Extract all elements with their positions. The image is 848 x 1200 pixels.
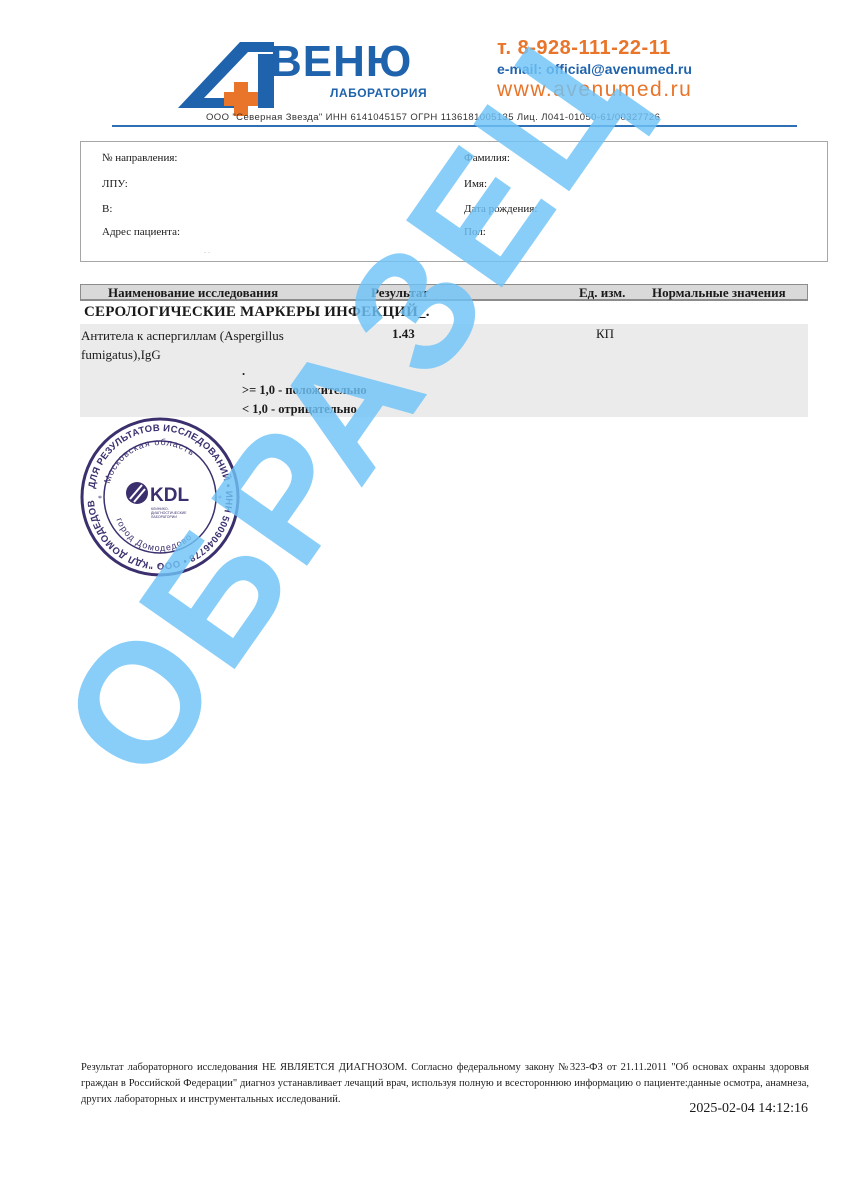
- patient-info-box: № направления: ЛПУ: В: Адрес пациента: Ф…: [80, 141, 828, 262]
- sex-label: Пол:: [464, 226, 486, 238]
- header-unit: Ед. изм.: [579, 285, 625, 300]
- reference-values: . >= 1,0 - положительно < 1,0 - отрицате…: [242, 362, 367, 419]
- reference-line: < 1,0 - отрицательно: [242, 400, 367, 419]
- test-name: Антитела к аспергиллам (Aspergillus fumi…: [81, 326, 311, 364]
- email: e-mail: official@avenumed.ru: [497, 60, 692, 78]
- lab-stamp: ДЛЯ РЕЗУЛЬТАТОВ ИССЛЕДОВАНИЙ • ИНН 50090…: [78, 417, 242, 577]
- company-details: ООО "Северная Звезда" ИНН 6141045157 ОГР…: [206, 112, 660, 123]
- referral-number-label: № направления:: [102, 152, 177, 164]
- svg-text:*: *: [157, 562, 161, 571]
- brand-subtitle: ЛАБОРАТОРИЯ: [330, 86, 427, 100]
- svg-text:KDL: KDL: [150, 485, 189, 506]
- age-label: В:: [102, 203, 112, 215]
- header-divider: [112, 125, 797, 127]
- letterhead: ВЕНЮ ЛАБОРАТОРИЯ т. 8-928-111-22-11 e-ma…: [110, 28, 810, 130]
- test-result: 1.43: [392, 326, 415, 342]
- surname-label: Фамилия:: [464, 152, 510, 164]
- patient-address-label: Адрес пациента:: [102, 226, 180, 238]
- section-title: СЕРОЛОГИЧЕСКИЕ МАРКЕРЫ ИНФЕКЦИЙ_.: [84, 304, 430, 321]
- header-normal-values: Нормальные значения: [652, 285, 786, 300]
- stamp-seal-icon: ДЛЯ РЕЗУЛЬТАТОВ ИССЛЕДОВАНИЙ • ИНН 50090…: [78, 417, 242, 577]
- test-unit: КП: [596, 326, 614, 342]
- address-placeholder-dots: . .: [204, 246, 210, 255]
- clinic-label: ЛПУ:: [102, 178, 128, 190]
- svg-text:*: *: [98, 494, 102, 503]
- header-test-name: Наименование исследования: [108, 285, 278, 300]
- brand-name: ВЕНЮ: [270, 36, 412, 88]
- svg-text:ЛАБОРАТОРИИ: ЛАБОРАТОРИИ: [151, 515, 177, 519]
- print-timestamp: 2025-02-04 14:12:16: [689, 1101, 808, 1117]
- website: www.avenumed.ru: [497, 78, 692, 102]
- reference-line: >= 1,0 - положительно: [242, 381, 367, 400]
- svg-text:*: *: [218, 494, 222, 503]
- table-row: Антитела к аспергиллам (Aspergillus fumi…: [80, 324, 808, 417]
- contact-block: т. 8-928-111-22-11 e-mail: official@aven…: [497, 36, 692, 102]
- aveniu-logo: ВЕНЮ ЛАБОРАТОРИЯ: [178, 36, 448, 116]
- svg-text:город Домодедово: город Домодедово: [114, 516, 194, 553]
- header-result: Результат: [371, 285, 428, 300]
- birth-date-label: Дата рождения:: [464, 203, 537, 215]
- results-table-header: Наименование исследования Результат Ед. …: [80, 284, 808, 301]
- first-name-label: Имя:: [464, 178, 487, 190]
- reference-line: .: [242, 362, 367, 381]
- phone: т. 8-928-111-22-11: [497, 36, 692, 60]
